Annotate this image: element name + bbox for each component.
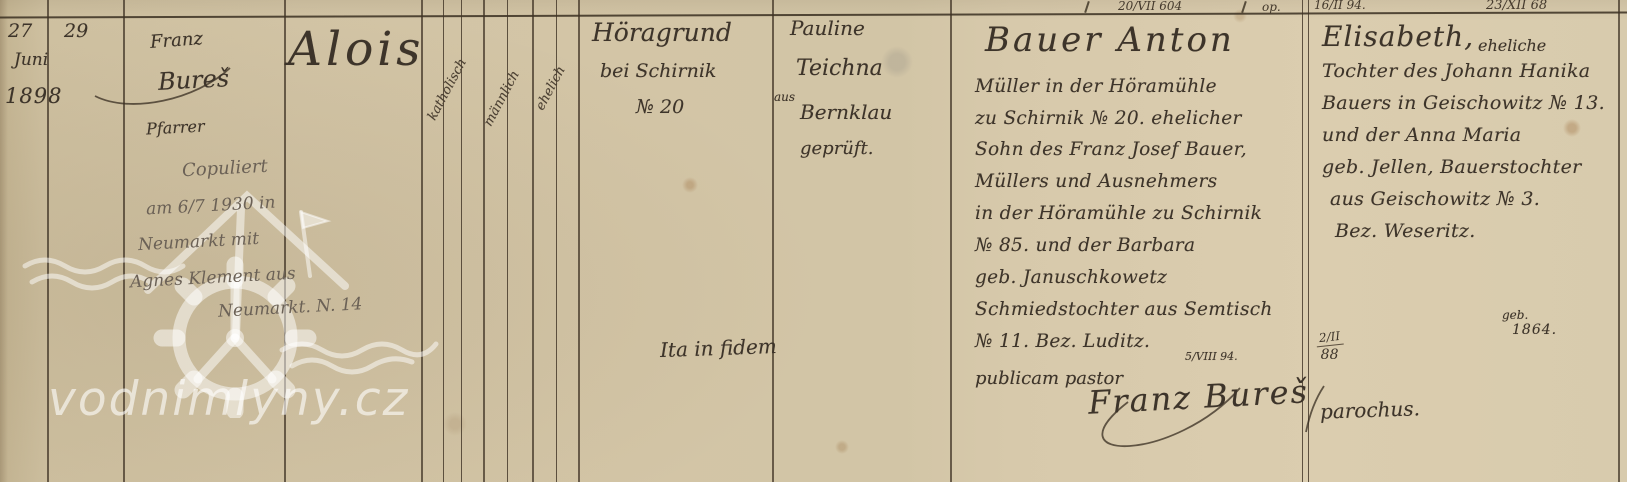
father-name: Bauer Anton	[985, 20, 1235, 60]
ink-stroke	[1084, 1, 1090, 13]
birthplace-line: bei Schirnik	[600, 60, 716, 82]
marriage-note-line: Agnes Klement aus	[130, 264, 296, 293]
mother-line: aus Geischowitz № 3.	[1330, 188, 1540, 210]
prev-row-note: 20/VII 604	[1118, 0, 1182, 13]
birth-month: Juni	[14, 50, 48, 70]
child-sex: männlich	[481, 68, 523, 129]
mother-birth-note-label: geb.	[1502, 308, 1528, 322]
mother-line: und der Anna Maria	[1322, 124, 1521, 146]
ink-stroke	[1241, 1, 1247, 13]
marriage-note-line: Neumarkt mit	[138, 229, 260, 255]
column-rule	[950, 0, 952, 482]
prev-row-note: op.	[1262, 0, 1281, 14]
marriage-note-line: Copuliert	[182, 156, 269, 181]
prev-row-note: 23/XII 68	[1486, 0, 1547, 13]
child-name: Alois	[288, 22, 424, 77]
birth-day: 27	[8, 20, 32, 42]
father-line: zu Schirnik № 20. ehelicher	[975, 108, 1242, 129]
marriage-note-line: am 6/7 1930 in	[146, 193, 276, 220]
father-line: Müller in der Höramühle	[975, 76, 1217, 97]
priest-first-name: Franz	[149, 28, 203, 53]
fraction-bottom: 88	[1316, 346, 1343, 363]
prev-row-note: 16/II 94.	[1314, 0, 1366, 12]
column-rule	[532, 0, 534, 482]
child-legitimacy: ehelich	[533, 64, 569, 113]
mother-name: Elisabeth,	[1322, 20, 1474, 53]
column-rule	[443, 0, 444, 482]
father-line: Müllers und Ausnehmers	[975, 171, 1217, 192]
midwife-line: Pauline	[790, 16, 865, 40]
birthplace-house-number: № 20	[636, 96, 684, 118]
mother-name-suffix: eheliche	[1478, 36, 1546, 55]
mother-birth-year: 1864.	[1512, 322, 1557, 338]
father-line: in der Höramühle zu Schirnik	[975, 203, 1262, 224]
priest-last-name: Bureš	[157, 64, 229, 96]
attestation-note: Ita in fidem	[660, 334, 778, 362]
father-line: № 11. Bez. Luditz.	[975, 331, 1150, 352]
father-line: № 85. und der Barbara	[975, 235, 1195, 256]
father-date-note: 5/VIII 94.	[1185, 350, 1238, 363]
midwife-line: Bernklau	[800, 100, 892, 124]
column-rule	[772, 0, 774, 482]
column-rule	[578, 0, 580, 482]
father-line: geb. Januschkowetz	[975, 267, 1167, 288]
priest-title: Pfarrer	[146, 116, 206, 138]
midwife-line: geprüft.	[800, 138, 874, 159]
birth-year: 1898	[5, 84, 62, 108]
fraction-top: 2/II	[1315, 329, 1344, 348]
watermark-site-text: vodnimlyny.cz	[48, 372, 409, 427]
mother-line: Bauers in Geischowitz № 13.	[1322, 92, 1605, 114]
page-edge-rule	[1618, 0, 1620, 482]
mother-line: Bez. Weseritz.	[1335, 220, 1476, 242]
father-line: Sohn des Franz Josef Bauer,	[975, 139, 1247, 160]
midwife-line: aus	[774, 90, 795, 104]
baptism-day: 29	[64, 20, 88, 42]
marginal-fraction-note: 2/II 88	[1316, 330, 1343, 363]
birthplace-line: Höragrund	[592, 18, 732, 47]
child-religion: katholisch	[425, 56, 470, 123]
marriage-note-line: Neumarkt. N. 14	[218, 294, 363, 322]
father-line: Schmiedstochter aus Semtisch	[975, 299, 1273, 320]
register-scan-page: vodnimlyny.cz 20/VII 604 op. 16/II 94. 2…	[0, 0, 1627, 482]
mother-line: Tochter des Johann Hanika	[1322, 60, 1590, 82]
column-rule	[483, 0, 485, 482]
priest-signature-title: parochus.	[1320, 396, 1421, 423]
mother-line: geb. Jellen, Bauerstochter	[1322, 156, 1582, 178]
midwife-line: Teichna	[796, 56, 883, 81]
